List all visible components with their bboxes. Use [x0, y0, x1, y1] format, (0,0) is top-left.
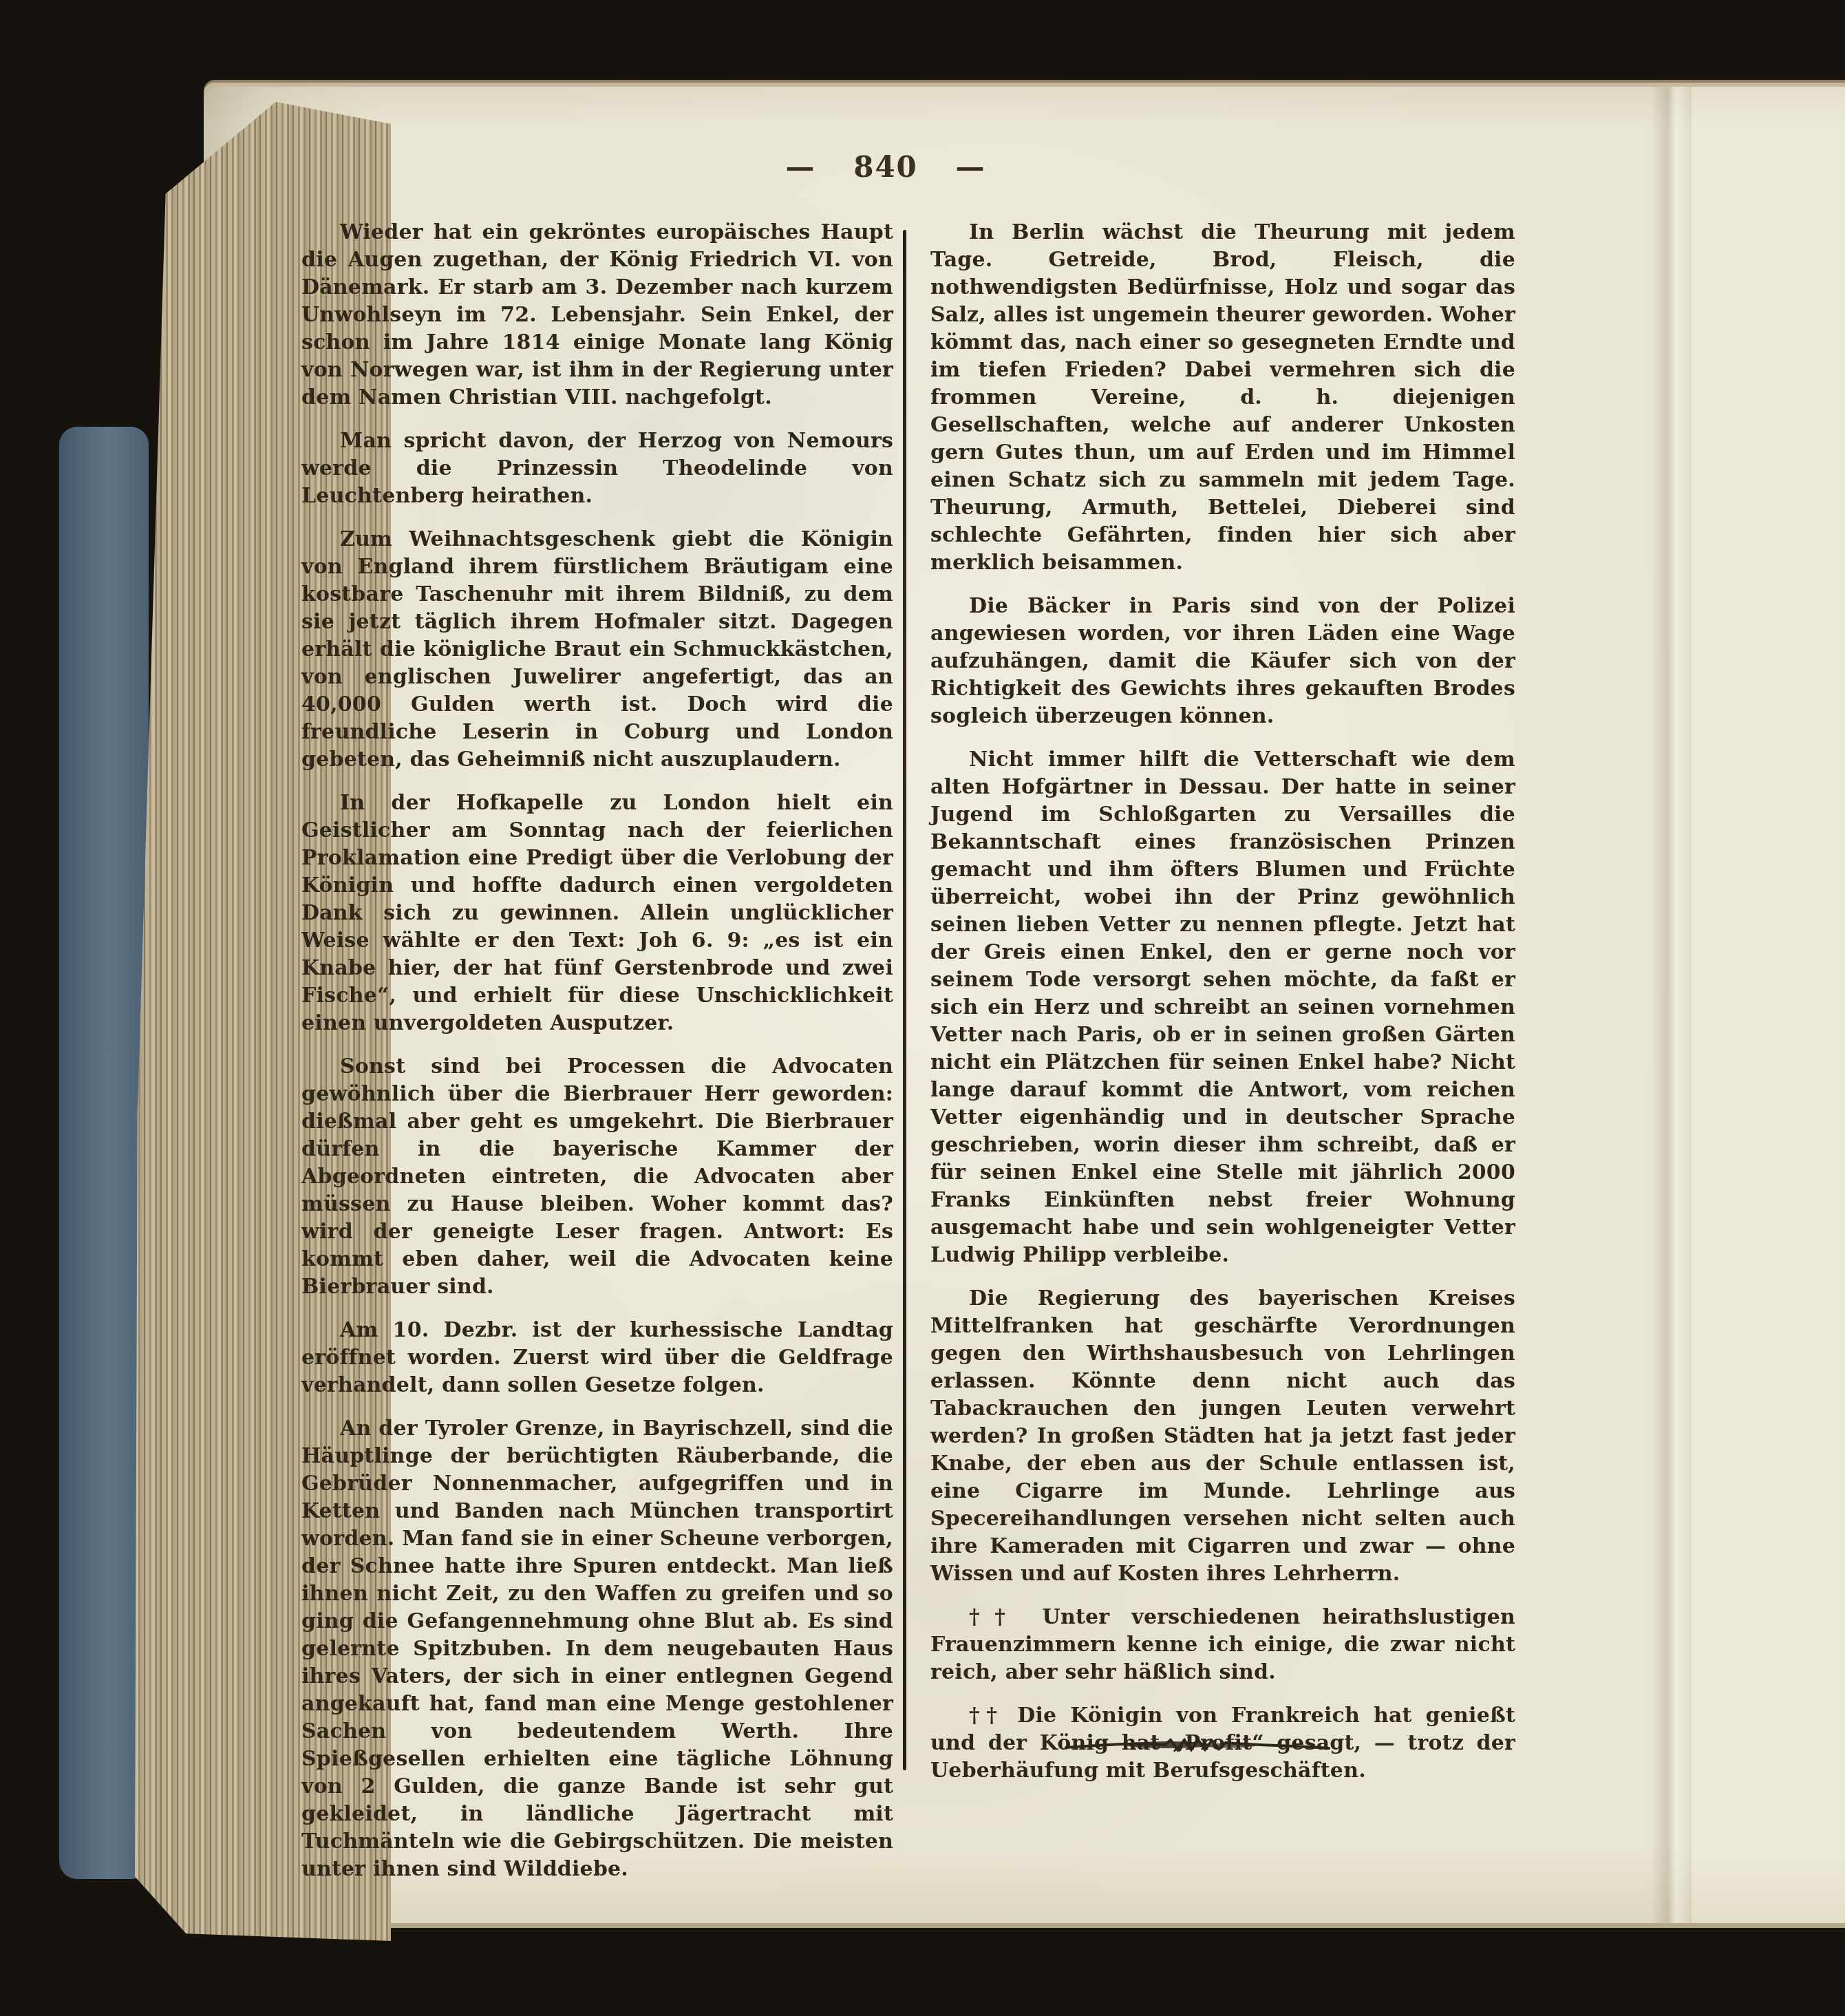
page-number-value: 840: [853, 150, 918, 184]
paragraph: †† Unter verschiedenen heirathslustigen …: [930, 1604, 1515, 1686]
paragraph: Wieder hat ein gekröntes europäisches Ha…: [301, 219, 893, 412]
paragraph: In der Hofkapelle zu London hielt ein Ge…: [301, 789, 893, 1037]
paragraph: Am 10. Dezbr. ist der kurhessische Landt…: [301, 1317, 893, 1399]
paragraph: Die Regierung des bayerischen Kreises Mi…: [930, 1285, 1515, 1588]
header-dash-left: —: [786, 150, 816, 184]
photo-background: { "page": { "number": "840", "header_lef…: [0, 0, 1845, 2016]
book-cover-edge: [59, 427, 149, 1879]
page-fold-crease: [1650, 87, 1692, 1923]
paragraph: Sonst sind bei Processen die Advocaten g…: [301, 1053, 893, 1301]
header-dash-right: —: [955, 150, 985, 184]
paragraph: An der Tyroler Grenze, in Bayrischzell, …: [301, 1415, 893, 1883]
left-column: Wieder hat ein gekröntes europäisches Ha…: [301, 219, 893, 1899]
page-fold-right-leaf: [1692, 87, 1845, 1923]
column-divider: [903, 230, 906, 1770]
paragraph: Die Bäcker in Paris sind von der Polizei…: [930, 593, 1515, 730]
paragraph: In Berlin wächst die Theurung mit jedem …: [930, 219, 1515, 577]
right-column: In Berlin wächst die Theurung mit jedem …: [930, 219, 1515, 1801]
paragraph: Nicht immer hilft die Vetterschaft wie d…: [930, 746, 1515, 1269]
paragraph: Zum Weihnachtsgeschenk giebt die Königin…: [301, 526, 893, 774]
page-number: — 840 —: [721, 150, 1051, 184]
decorative-squiggle-rule: [1063, 1731, 1332, 1761]
paragraph: Man spricht davon, der Herzog von Nemour…: [301, 427, 893, 510]
